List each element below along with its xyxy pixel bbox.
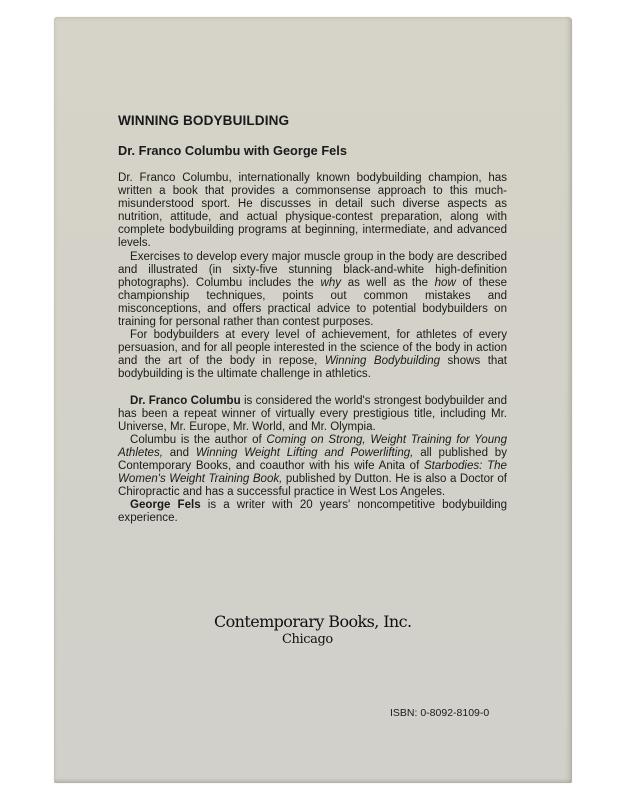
cover-text-block: WINNING BODYBUILDING Dr. Franco Columbu … (118, 113, 507, 525)
description-paragraph: Dr. Franco Columbu, internationally know… (118, 172, 507, 251)
bio-paragraph: Columbu is the author of Coming on Stron… (118, 434, 507, 499)
book-title: WINNING BODYBUILDING (118, 113, 507, 128)
book-description: Dr. Franco Columbu, internationally know… (118, 172, 507, 382)
description-paragraph: For bodybuilders at every level of achie… (118, 329, 507, 381)
bio-paragraph: George Fels is a writer with 20 years' n… (118, 499, 507, 525)
publisher-name: Contemporary Books, Inc. (214, 612, 411, 631)
publisher-city: Chicago (282, 632, 333, 647)
isbn-number: ISBN: 0-8092-8109-0 (390, 707, 489, 719)
book-authors: Dr. Franco Columbu with George Fels (118, 143, 507, 158)
description-paragraph: Exercises to develop every major muscle … (118, 251, 507, 330)
author-bio: Dr. Franco Columbu is considered the wor… (118, 395, 507, 526)
bio-paragraph: Dr. Franco Columbu is considered the wor… (118, 395, 507, 434)
